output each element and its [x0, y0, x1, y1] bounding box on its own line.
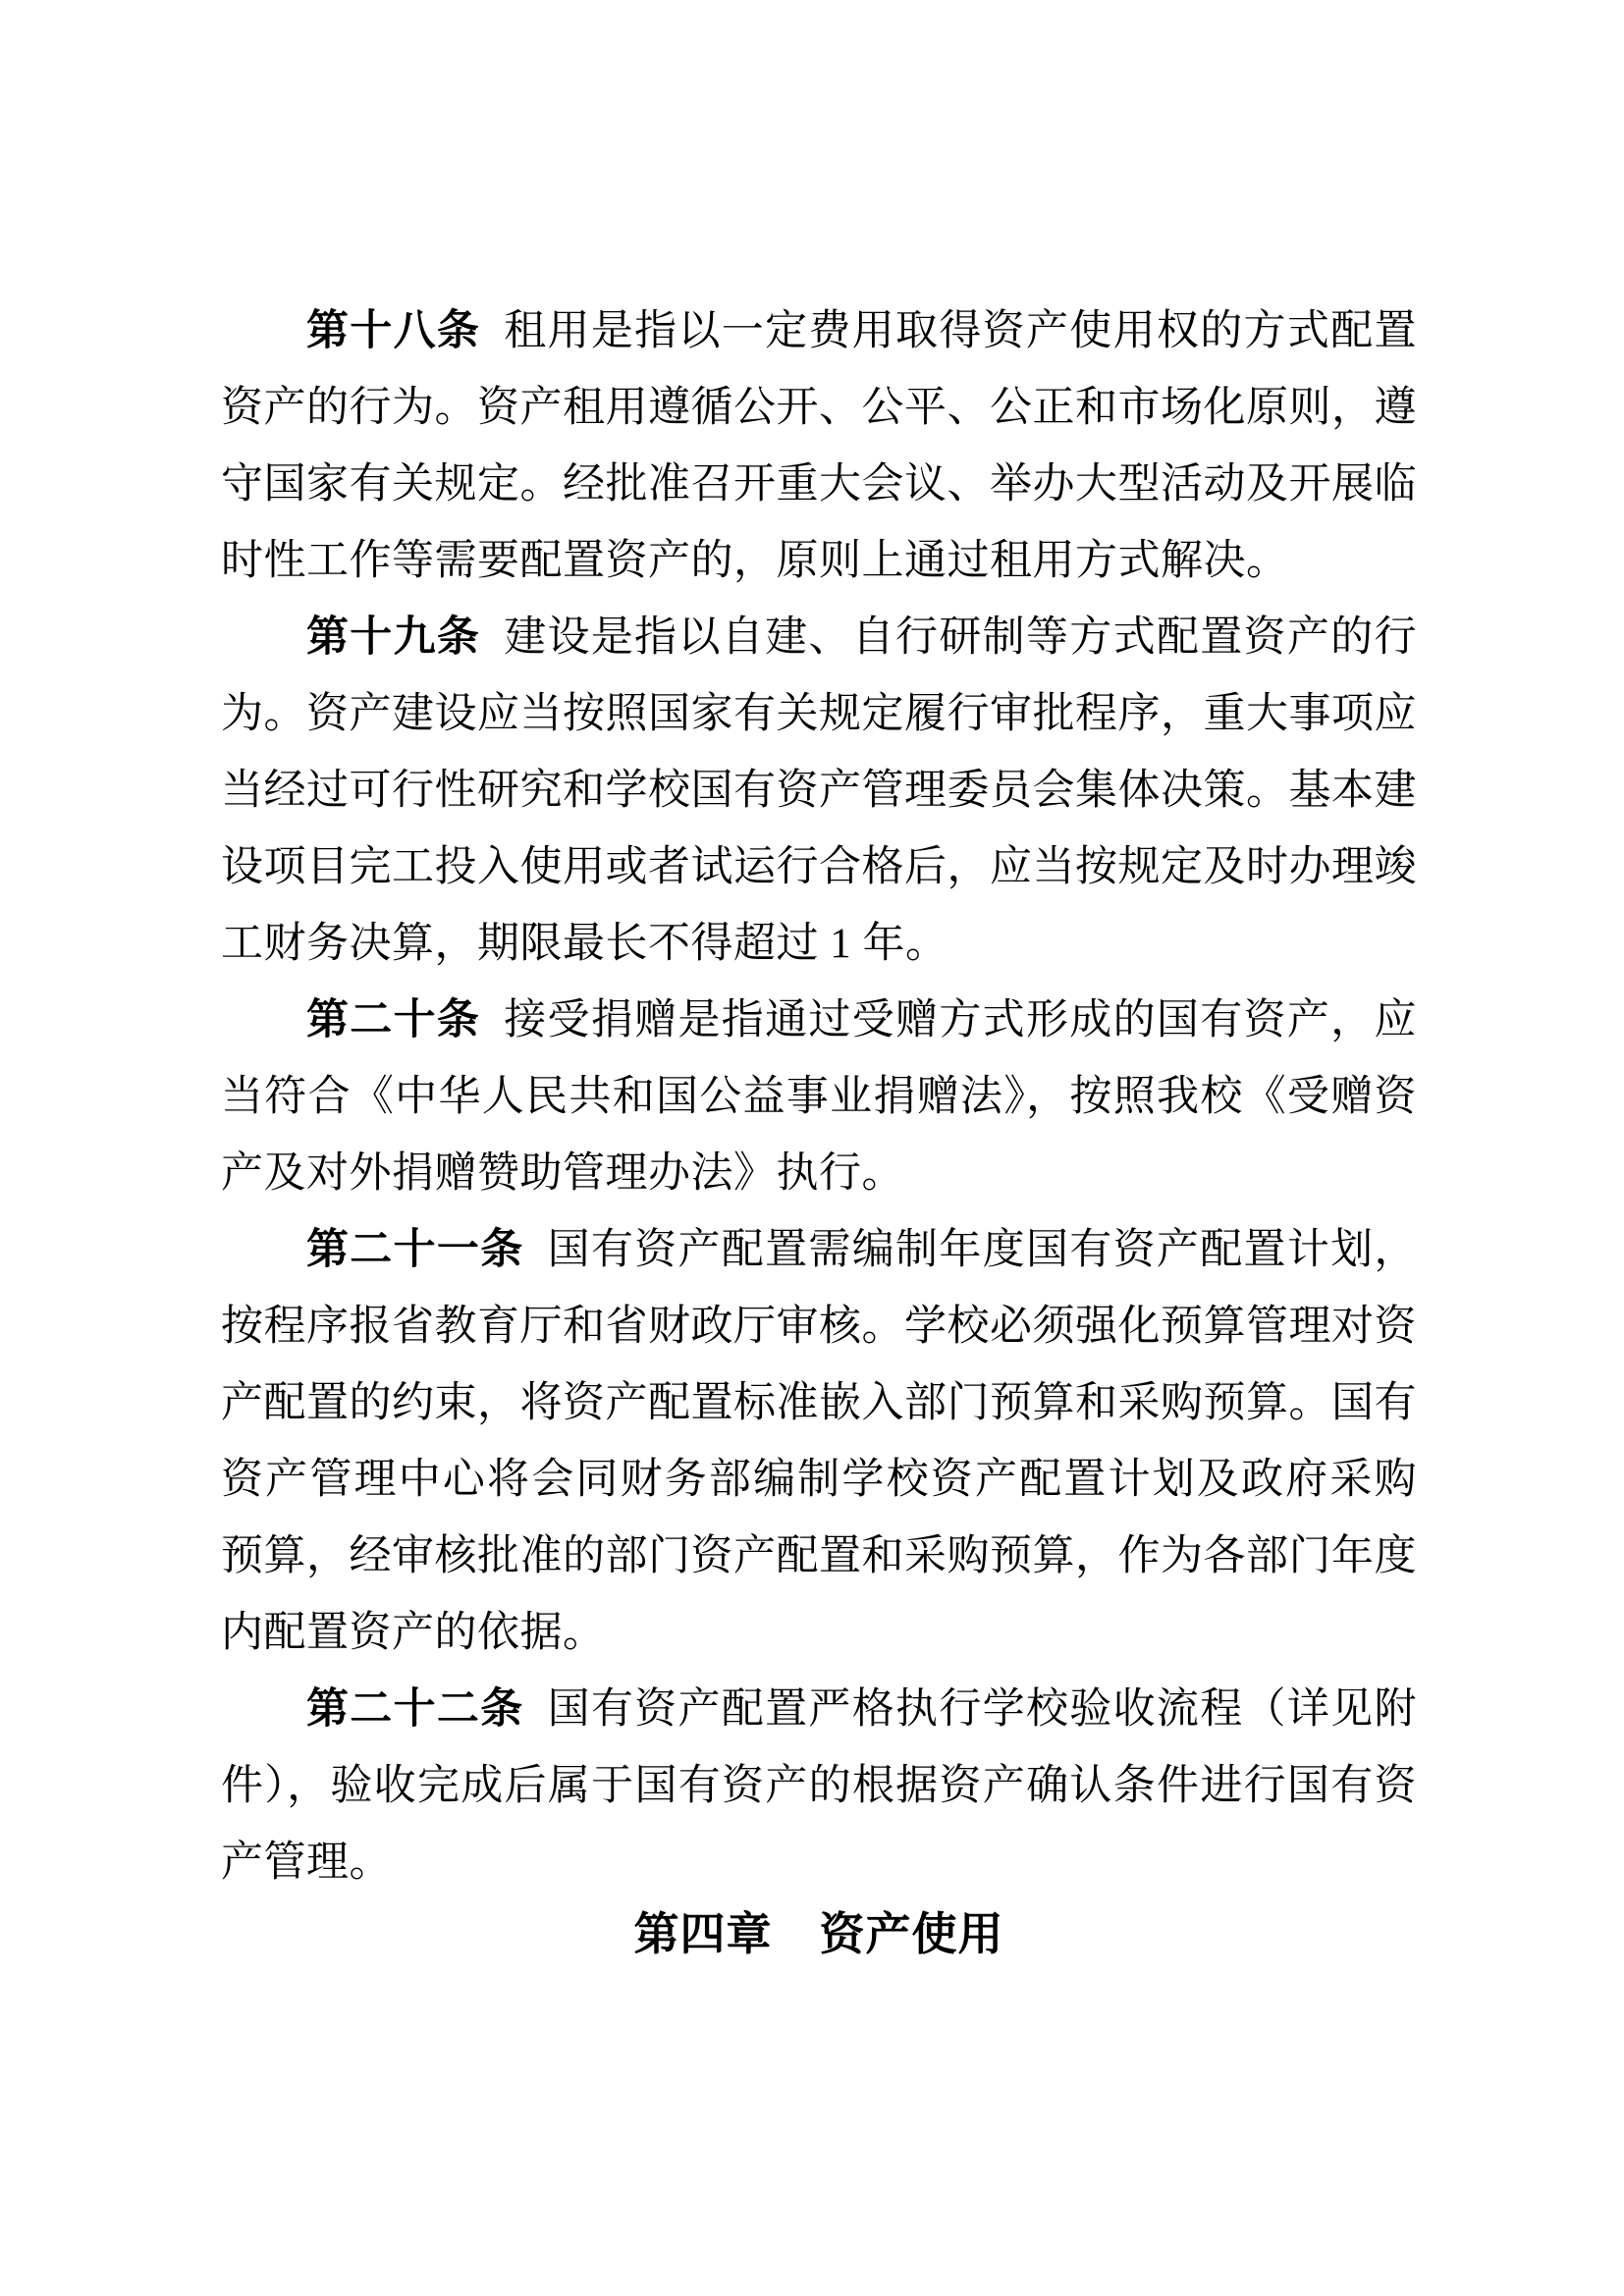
article-number: 第二十条	[306, 997, 480, 1043]
paragraph-line: 第二十二条国有资产配置严格执行学校验收流程（详见附	[221, 1672, 1417, 1748]
paragraph: 第二十一条国有资产配置需编制年度国有资产配置计划，按程序报省教育厅和省财政厅审核…	[221, 1212, 1417, 1672]
paragraph-line: 第十九条建设是指以自建、自行研制等方式配置资产的行	[221, 600, 1417, 676]
paragraph-line: 第十八条租用是指以一定费用取得资产使用权的方式配置	[221, 294, 1417, 370]
paragraph-line: 工财务决算，期限最长不得超过 1 年。	[221, 906, 1417, 983]
paragraph-line: 资产管理中心将会同财务部编制学校资产配置计划及政府采购	[221, 1442, 1417, 1519]
paragraph-line: 当符合《中华人民共和国公益事业捐赠法》，按照我校《受赠资	[221, 1059, 1417, 1136]
chapter-number: 第四章	[634, 1908, 773, 1959]
paragraph-line: 第二十条接受捐赠是指通过受赠方式形成的国有资产，应	[221, 983, 1417, 1059]
chapter-heading: 第四章资产使用	[221, 1896, 1417, 1972]
paragraph-line: 产及对外捐赠赞助管理办法》执行。	[221, 1136, 1417, 1212]
paragraph-line: 件），验收完成后属于国有资产的根据资产确认条件进行国有资	[221, 1748, 1417, 1825]
paragraph-line: 当经过可行性研究和学校国有资产管理委员会集体决策。基本建	[221, 753, 1417, 829]
article-number: 第十八条	[306, 308, 480, 354]
line-text: 租用是指以一定费用取得资产使用权的方式配置	[504, 308, 1417, 354]
paragraph: 第二十二条国有资产配置严格执行学校验收流程（详见附件），验收完成后属于国有资产的…	[221, 1672, 1417, 1901]
article-number: 第二十二条	[306, 1686, 524, 1733]
paragraph-line: 按程序报省教育厅和省财政厅审核。学校必须强化预算管理对资	[221, 1289, 1417, 1365]
line-text: 国有资产配置需编制年度国有资产配置计划，	[548, 1227, 1417, 1273]
paragraph-line: 内配置资产的依据。	[221, 1595, 1417, 1672]
line-text: 接受捐赠是指通过受赠方式形成的国有资产，应	[504, 997, 1417, 1043]
article-number: 第十九条	[306, 614, 480, 661]
paragraph-line: 时性工作等需要配置资产的，原则上通过租用方式解决。	[221, 523, 1417, 600]
paragraph-line: 产配置的约束，将资产配置标准嵌入部门预算和采购预算。国有	[221, 1365, 1417, 1442]
document-body: 第十八条租用是指以一定费用取得资产使用权的方式配置资产的行为。资产租用遵循公开、…	[221, 294, 1417, 1972]
paragraph-line: 为。资产建设应当按照国家有关规定履行审批程序，重大事项应	[221, 676, 1417, 753]
paragraph-line: 第二十一条国有资产配置需编制年度国有资产配置计划，	[221, 1212, 1417, 1289]
paragraph-line: 预算，经审核批准的部门资产配置和采购预算，作为各部门年度	[221, 1519, 1417, 1595]
paragraph-line: 设项目完工投入使用或者试运行合格后，应当按规定及时办理竣	[221, 829, 1417, 906]
paragraph: 第十八条租用是指以一定费用取得资产使用权的方式配置资产的行为。资产租用遵循公开、…	[221, 294, 1417, 600]
paragraph-line: 产管理。	[221, 1825, 1417, 1901]
line-text: 建设是指以自建、自行研制等方式配置资产的行	[504, 614, 1417, 661]
line-text: 国有资产配置严格执行学校验收流程（详见附	[548, 1686, 1417, 1733]
article-number: 第二十一条	[306, 1227, 524, 1273]
paragraph: 第十九条建设是指以自建、自行研制等方式配置资产的行为。资产建设应当按照国家有关规…	[221, 600, 1417, 983]
paragraph-container: 第十八条租用是指以一定费用取得资产使用权的方式配置资产的行为。资产租用遵循公开、…	[221, 294, 1417, 1901]
paragraph: 第二十条接受捐赠是指通过受赠方式形成的国有资产，应当符合《中华人民共和国公益事业…	[221, 983, 1417, 1212]
paragraph-line: 资产的行为。资产租用遵循公开、公平、公正和市场化原则，遵	[221, 370, 1417, 447]
document-page: 第十八条租用是指以一定费用取得资产使用权的方式配置资产的行为。资产租用遵循公开、…	[0, 0, 1624, 2296]
paragraph-line: 守国家有关规定。经批准召开重大会议、举办大型活动及开展临	[221, 447, 1417, 523]
chapter-title: 资产使用	[820, 1908, 1004, 1959]
